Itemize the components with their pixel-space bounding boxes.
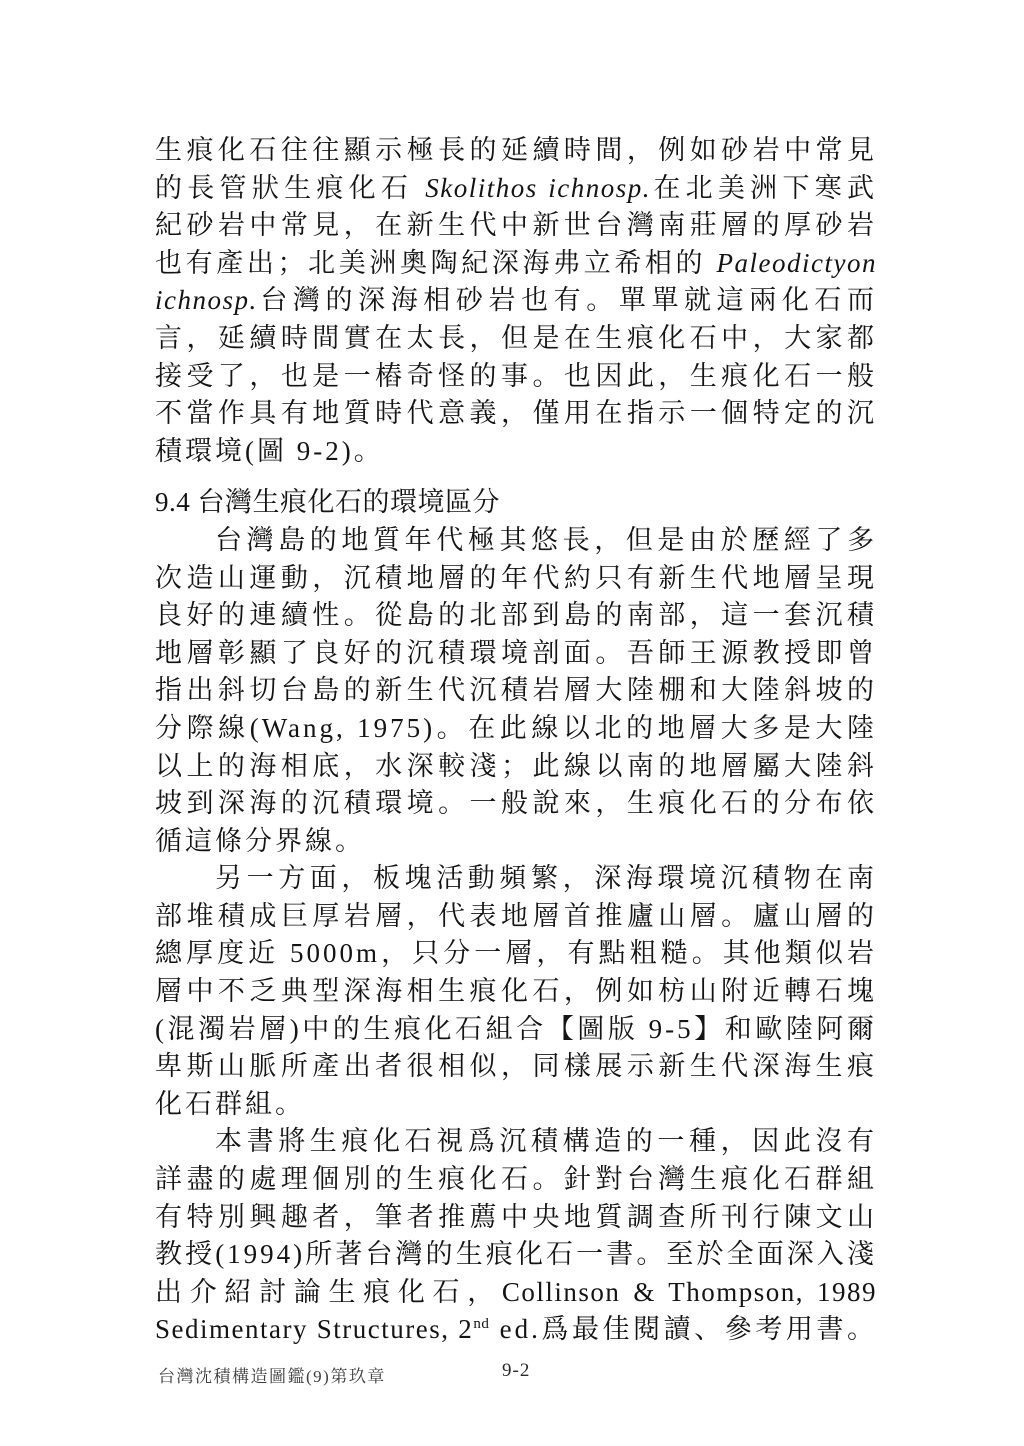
text-line: 接受了，也是一樁奇怪的事。也因此，生痕化石一般 (155, 358, 877, 396)
text-segment: 層中不乏典型深海相生痕化石，例如枋山附近轉石塊 (155, 976, 877, 1006)
text-segment: 在北美洲下寒武 (651, 173, 877, 203)
text-line: (混濁岩層)中的生痕化石組合【圖版 9-5】和歐陸阿爾 (155, 1011, 877, 1049)
text-segment: 良好的連續性。從島的北部到島的南部，這一套沉積 (155, 600, 877, 630)
text-segment: 台灣的深海相砂岩也有。單單就這兩化石而 (258, 285, 877, 315)
taxon-name-italic: Skolithos ichnosp. (425, 173, 651, 203)
paragraph-2: 台灣島的地質年代極其悠長，但是由於歷經了多 次造山運動，沉積地層的年代約只有新生… (155, 522, 877, 860)
text-line: 次造山運動，沉積地層的年代約只有新生代地層呈現 (155, 560, 877, 598)
citation-latin-segment: Collinson & Thompson, 1989 (502, 1277, 877, 1307)
text-line: 積環境(圖 9-2)。 (155, 433, 877, 471)
text-line: 不當作具有地質時代意義，僅用在指示一個特定的沉 (155, 395, 877, 433)
text-segment: 生痕化石往往顯示極長的延續時間，例如砂岩中常見 (155, 135, 877, 165)
text-line: 言，延續時間實在太長，但是在生痕化石中，大家都 (155, 320, 877, 358)
text-line: 出介紹討論生痕化石，Collinson & Thompson, 1989 (155, 1274, 877, 1312)
text-block: 生痕化石往往顯示極長的延續時間，例如砂岩中常見 的長管狀生痕化石 Skolith… (155, 132, 877, 1349)
text-line: 部堆積成巨厚岩層，代表地層首推廬山層。廬山層的 (155, 898, 877, 936)
text-line: 有特別興趣者，筆者推薦中央地質調查所刊行陳文山 (155, 1199, 877, 1237)
text-line: 良好的連續性。從島的北部到島的南部，這一套沉積 (155, 597, 877, 635)
paragraph-4: 本書將生痕化石視爲沉積構造的一種，因此沒有 詳盡的處理個別的生痕化石。針對台灣生… (155, 1123, 877, 1349)
text-line: 化石群組。 (155, 1086, 877, 1124)
text-segment: 卑斯山脈所產出者很相似，同樣展示新生代深海生痕 (155, 1051, 877, 1081)
text-segment: 本書將生痕化石視爲沉積構造的一種，因此沒有 (215, 1126, 877, 1156)
text-line: 也有產出；北美洲奧陶紀深海弗立希相的 Paleodictyon (155, 245, 877, 283)
text-segment: 另一方面，板塊活動頻繁，深海環境沉積物在南 (215, 863, 877, 893)
text-segment: 紀砂岩中常見，在新生代中新世台灣南莊層的厚砂岩 (155, 210, 877, 240)
paragraph-1: 生痕化石往往顯示極長的延續時間，例如砂岩中常見 的長管狀生痕化石 Skolith… (155, 132, 877, 470)
ordinal-superscript: nd (473, 1316, 489, 1332)
text-segment: 次造山運動，沉積地層的年代約只有新生代地層呈現 (155, 563, 877, 593)
text-segment: 以上的海相底，水深較淺；此線以南的地層屬大陸斜 (155, 751, 877, 781)
text-segment: 詳盡的處理個別的生痕化石。針對台灣生痕化石群組 (155, 1164, 877, 1194)
text-line: 生痕化石往往顯示極長的延續時間，例如砂岩中常見 (155, 132, 877, 170)
text-segment: 台灣島的地質年代極其悠長，但是由於歷經了多 (215, 525, 877, 555)
text-line: 層中不乏典型深海相生痕化石，例如枋山附近轉石塊 (155, 973, 877, 1011)
section-heading-text: 9.4 台灣生痕化石的環境區分 (155, 487, 500, 517)
taxon-name-italic: Paleodictyon (717, 248, 877, 278)
text-segment: 分際線(Wang, 1975)。在此線以北的地層大多是大陸棚 (155, 713, 877, 748)
text-segment: 地層彰顯了良好的沉積環境剖面。吾師王源教授即曾 (155, 638, 877, 668)
text-segment: (混濁岩層)中的生痕化石組合【圖版 9-5】和歐陸阿爾 (155, 1014, 877, 1044)
text-segment: 接受了，也是一樁奇怪的事。也因此，生痕化石一般 (155, 361, 877, 391)
text-segment: 教授(1994)所著台灣的生痕化石一書。至於全面深入淺 (155, 1239, 877, 1269)
paragraph-3: 另一方面，板塊活動頻繁，深海環境沉積物在南 部堆積成巨厚岩層，代表地層首推廬山層… (155, 860, 877, 1123)
text-line: 另一方面，板塊活動頻繁，深海環境沉積物在南 (155, 860, 877, 898)
text-segment: ed.爲最佳閱讀、參考用書。 (489, 1314, 877, 1344)
taxon-name-italic: ichnosp. (155, 285, 258, 315)
text-segment: 的長管狀生痕化石 (155, 173, 425, 203)
text-line: 分際線(Wang, 1975)。在此線以北的地層大多是大陸棚 (155, 710, 877, 748)
text-line: 指出斜切台島的新生代沉積岩層大陸棚和大陸斜坡的 (155, 672, 877, 710)
text-segment: 積環境(圖 9-2)。 (155, 436, 384, 466)
text-line: 教授(1994)所著台灣的生痕化石一書。至於全面深入淺 (155, 1236, 877, 1274)
text-line: 紀砂岩中常見，在新生代中新世台灣南莊層的厚砂岩 (155, 207, 877, 245)
text-segment: 指出斜切台島的新生代沉積岩層大陸棚和大陸斜坡的 (155, 675, 877, 705)
text-segment: 循這條分界線。 (155, 826, 365, 856)
section-heading: 9.4 台灣生痕化石的環境區分 (155, 484, 877, 522)
text-line: 總厚度近 5000m，只分一層，有點粗糙。其他類似岩 (155, 935, 877, 973)
text-line: 坡到深海的沉積環境。一般說來，生痕化石的分布依 (155, 785, 877, 823)
text-line: 循這條分界線。 (155, 823, 877, 861)
text-line: 詳盡的處理個別的生痕化石。針對台灣生痕化石群組 (155, 1161, 877, 1199)
text-segment: 有特別興趣者，筆者推薦中央地質調查所刊行陳文山 (155, 1202, 877, 1232)
text-segment: 不當作具有地質時代意義，僅用在指示一個特定的沉 (155, 398, 877, 428)
text-line: 的長管狀生痕化石 Skolithos ichnosp.在北美洲下寒武 (155, 170, 877, 208)
text-line: ichnosp.台灣的深海相砂岩也有。單單就這兩化石而 (155, 282, 877, 320)
text-line: 台灣島的地質年代極其悠長，但是由於歷經了多 (155, 522, 877, 560)
text-segment: 總厚度近 5000m，只分一層，有點粗糙。其他類似岩 (155, 938, 877, 968)
document-page: 生痕化石往往顯示極長的延續時間，例如砂岩中常見 的長管狀生痕化石 Skolith… (0, 0, 1024, 1446)
text-segment: 也有產出；北美洲奧陶紀深海弗立希相的 (155, 248, 717, 278)
text-segment: 坡到深海的沉積環境。一般說來，生痕化石的分布依 (155, 788, 877, 818)
citation-latin-segment: Sedimentary Structures, 2 (155, 1314, 473, 1344)
text-line: Sedimentary Structures, 2nd ed.爲最佳閱讀、參考用… (155, 1311, 877, 1349)
text-line: 本書將生痕化石視爲沉積構造的一種，因此沒有 (155, 1123, 877, 1161)
text-segment: 出介紹討論生痕化石， (155, 1277, 502, 1307)
text-segment: 言，延續時間實在太長，但是在生痕化石中，大家都 (155, 323, 877, 353)
text-segment: 部堆積成巨厚岩層，代表地層首推廬山層。廬山層的 (155, 901, 877, 931)
text-line: 地層彰顯了良好的沉積環境剖面。吾師王源教授即曾 (155, 635, 877, 673)
text-segment: 化石群組。 (155, 1089, 305, 1119)
footer-book-title: 台灣沈積構造圖鑑(9)第玖章 (158, 1362, 386, 1387)
footer-page-number: 9-2 (502, 1360, 530, 1382)
text-line: 卑斯山脈所產出者很相似，同樣展示新生代深海生痕 (155, 1048, 877, 1086)
text-line: 以上的海相底，水深較淺；此線以南的地層屬大陸斜 (155, 748, 877, 786)
